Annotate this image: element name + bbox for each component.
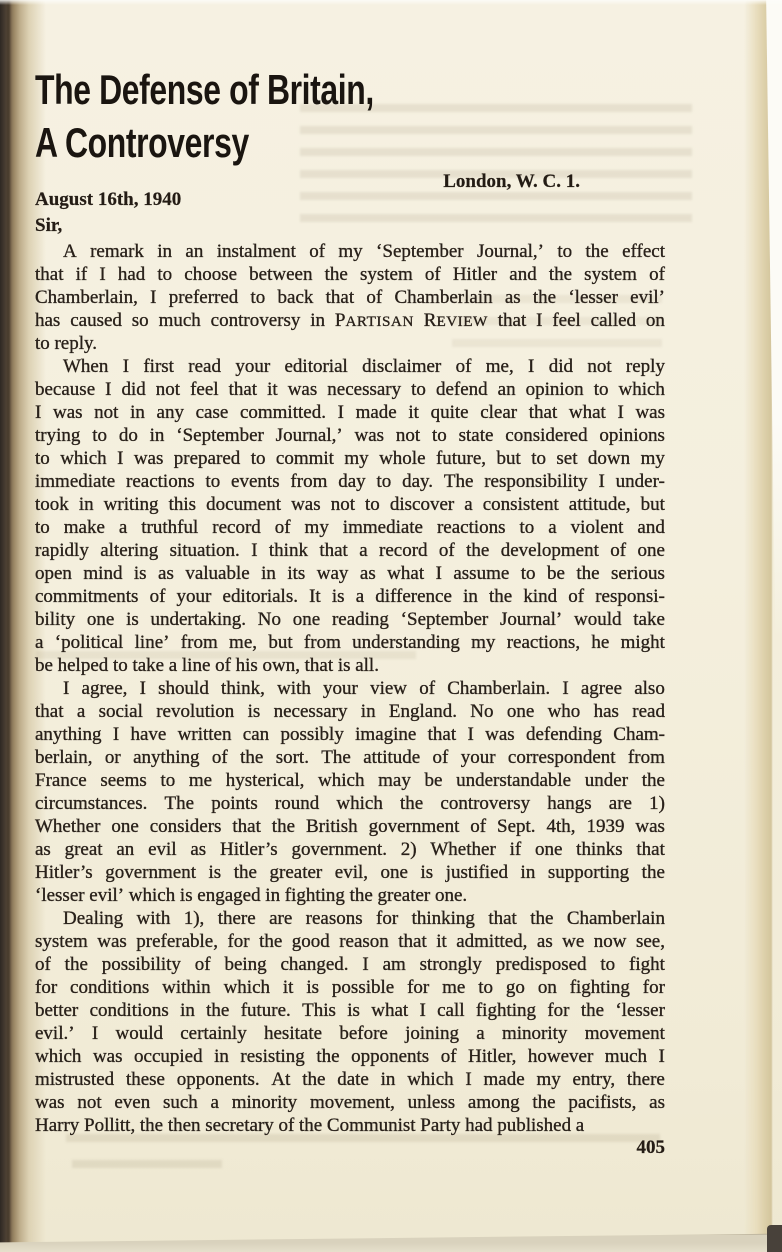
text-line: openmindisasvaluableinitswayaswhatIassum… [35,562,665,585]
text-line: immediatereactionstoeventsfromdaytoday.T… [35,470,665,493]
page-corner-shadow [767,1225,782,1252]
salutation: Sir, [35,215,62,237]
text-line: wasnotevensuchaminoritymovement,unlessam… [35,1091,665,1114]
text-line: rapidlyalteringsituation.Ithinkthatareco… [35,539,665,562]
text-line: evil.’Iwouldcertainlyhesitatebeforejoini… [35,1022,665,1045]
letter-body: Aremarkinaninstalmentofmy‘SeptemberJourn… [35,240,665,1137]
text-line: betterconditionsinthefuture.ThisiswhatIc… [35,999,665,1022]
text-line: behelpedtotakealineofhisown,thatisall. [35,654,665,677]
text-line: anythingIhavewrittencanpossiblyimagineth… [35,723,665,746]
text-line: tookinwritingthisdocumentwasnottodiscove… [35,493,665,516]
text-line: systemwaspreferable,forthegoodreasonthat… [35,930,665,953]
page-number: 405 [35,1137,665,1159]
text-line: berlain,oranythingofthesort.Theattitudeo… [35,746,665,769]
text-line: bilityoneisundertaking.Noonereading‘Sept… [35,608,665,631]
page-edge-right [744,0,772,1252]
text-line: thatifIhadtochoosebetweenthesystemofHitl… [35,263,665,286]
text-line: tryingtodoin‘SeptemberJournal,’wasnottos… [35,424,665,447]
text-line: mistrustedtheseopponents.Atthedateinwhic… [35,1068,665,1091]
text-line: HarryPollitt,thethensecretaryoftheCommun… [35,1114,665,1137]
text-line: towhichIwaspreparedtocommitmywholefuture… [35,447,665,470]
paragraph: Dealingwith1),therearereasonsforthinking… [35,907,665,1137]
text-line: commitmentsofyoureditorials.Itisadiffere… [35,585,665,608]
text-line: whichwasoccupiedinresistingtheopponentso… [35,1045,665,1068]
text-line: ofthepossibilityofbeingchanged.Iamstrong… [35,953,665,976]
text-line: WhenIfirstreadyoureditorialdisclaimerofm… [35,355,665,378]
text-line: becauseIdidnotfeelthatitwasnecessarytode… [35,378,665,401]
text-line: Chamberlain,IpreferredtobackthatofChambe… [35,286,665,309]
text-line: Franceseemstomehysterical,whichmaybeunde… [35,769,665,792]
letter-content: The Defense of Britain, A Controversy Lo… [35,0,665,1252]
text-line: Iagree,Ishouldthink,withyourviewofChambe… [35,677,665,700]
text-line: Iwasnotinanycasecommitted.Imadeitquitecl… [35,401,665,424]
text-line: tomakeatruthfulrecordofmyimmediatereacti… [35,516,665,539]
text-line: Dealingwith1),therearereasonsforthinking… [35,907,665,930]
text-line: circumstances.Thepointsroundwhichthecont… [35,792,665,815]
text-line: toreply. [35,332,665,355]
text-line: Aremarkinaninstalmentofmy‘SeptemberJourn… [35,240,665,263]
text-line: a‘politicalline’fromme,butfromunderstand… [35,631,665,654]
spine-shadow-line [7,0,10,1252]
text-line: WhetheroneconsidersthattheBritishgovernm… [35,815,665,838]
date-line: August 16th, 1940 [35,189,181,211]
page-title: The Defense of Britain, A Controversy [35,63,374,169]
text-line: hascausedsomuchcontroversyinPARTISANREVI… [35,309,665,332]
text-line: asgreatanevilasHitler’sgovernment.2)Whet… [35,838,665,861]
title-line-2: A Controversy [35,116,374,169]
scanned-book-page: The Defense of Britain, A Controversy Lo… [0,0,782,1252]
text-line: thatasocialrevolutionisnecessaryinEnglan… [35,700,665,723]
text-line: ‘lesserevil’whichisengagedinfightingtheg… [35,884,665,907]
title-line-1: The Defense of Britain, [35,63,374,116]
paragraph: Iagree,Ishouldthink,withyourviewofChambe… [35,677,665,907]
paragraph: Aremarkinaninstalmentofmy‘SeptemberJourn… [35,240,665,355]
paragraph: WhenIfirstreadyoureditorialdisclaimerofm… [35,355,665,677]
text-line: forconditionswithinwhichitispossibleform… [35,976,665,999]
text-line: Hitler’sgovernmentisthegreaterevil,oneis… [35,861,665,884]
